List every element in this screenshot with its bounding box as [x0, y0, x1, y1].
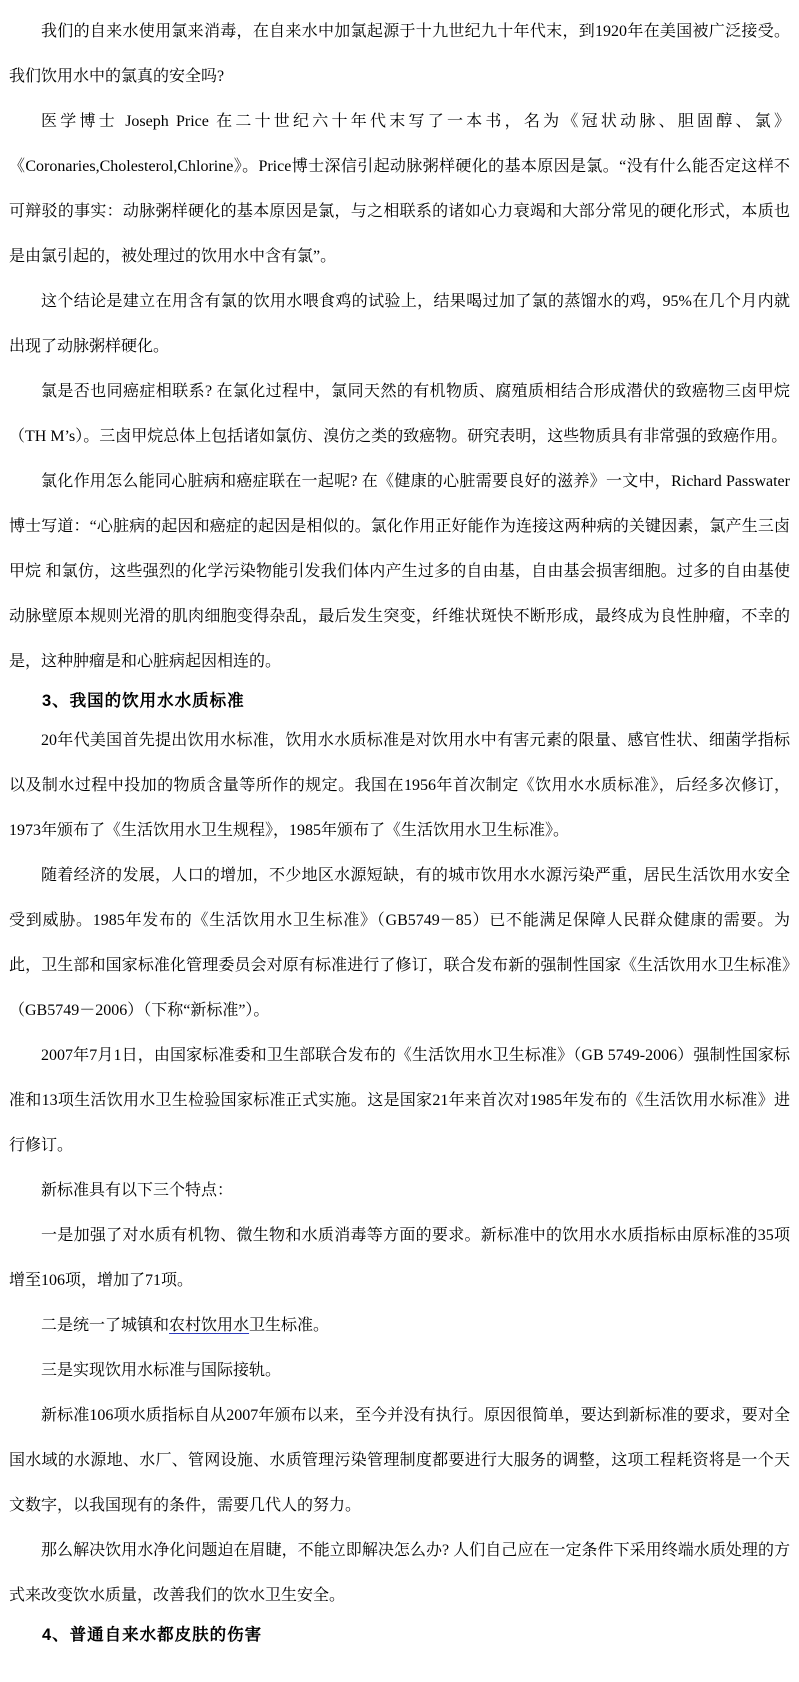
feature-two-prefix-text: 二是统一了城镇和 — [41, 1317, 169, 1334]
paragraph-tap-water-chlorine-intro: 我们的自来水使用氯来消毒，在自来水中加氯起源于十九世纪九十年代末，到1920年在… — [9, 9, 790, 99]
paragraph-standard-history: 20年代美国首先提出饮用水标准，饮用水水质标准是对饮用水中有害元素的限量、感官性… — [9, 718, 790, 853]
paragraph-joseph-price-book: 医学博士 Joseph Price 在二十世纪六十年代末写了一本书，名为《冠状动… — [9, 99, 790, 279]
paragraph-standard-not-enforced: 新标准106项水质指标自从2007年颁布以来，至今并没有执行。原因很简单，要达到… — [9, 1393, 790, 1528]
section-heading-4-skin-harm: 4、普通自来水都皮肤的伤害 — [9, 1618, 790, 1652]
paragraph-terminal-treatment-solution: 那么解决饮用水净化问题迫在眉睫，不能立即解决怎么办? 人们自己应在一定条件下采用… — [9, 1528, 790, 1618]
paragraph-cancer-trihalomethane: 氯是否也同癌症相联系? 在氯化过程中，氯同天然的有机物质、腐殖质相结合形成潜伏的… — [9, 369, 790, 459]
paragraph-2007-implementation: 2007年7月1日，由国家标准委和卫生部联合发布的《生活饮用水卫生标准》（GB … — [9, 1033, 790, 1168]
document-page: 我们的自来水使用氯来消毒，在自来水中加氯起源于十九世纪九十年代末，到1920年在… — [0, 0, 799, 1682]
rural-drinking-water-link[interactable]: 农村饮用水 — [169, 1317, 249, 1334]
paragraph-feature-three: 三是实现饮用水标准与国际接轨。 — [9, 1348, 790, 1393]
paragraph-three-features-intro: 新标准具有以下三个特点： — [9, 1168, 790, 1213]
section-heading-3-water-quality-standard: 3、我国的饮用水水质标准 — [9, 684, 790, 718]
paragraph-chicken-experiment: 这个结论是建立在用含有氯的饮用水喂食鸡的试验上，结果喝过加了氯的蒸馏水的鸡，95… — [9, 279, 790, 369]
paragraph-feature-one: 一是加强了对水质有机物、微生物和水质消毒等方面的要求。新标准中的饮用水水质指标由… — [9, 1213, 790, 1303]
feature-two-suffix-text: 卫生标准。 — [249, 1317, 329, 1334]
paragraph-richard-passwater-quote: 氯化作用怎么能同心脏病和癌症联在一起呢? 在《健康的心脏需要良好的滋养》一文中，… — [9, 459, 790, 684]
paragraph-feature-two: 二是统一了城镇和农村饮用水卫生标准。 — [9, 1303, 790, 1348]
paragraph-gb5749-revision: 随着经济的发展，人口的增加，不少地区水源短缺，有的城市饮用水水源污染严重，居民生… — [9, 853, 790, 1033]
